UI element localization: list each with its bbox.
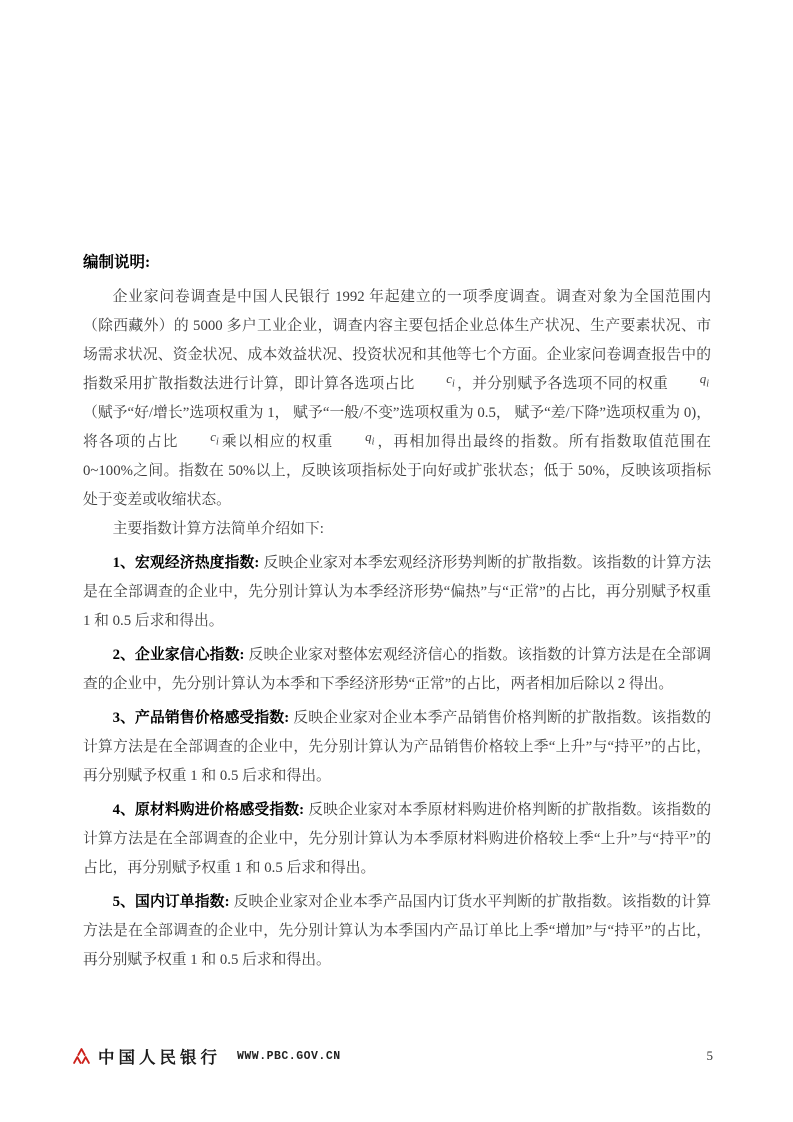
math-sub: i <box>372 437 375 448</box>
index-item-label: 2、企业家信心指数: <box>113 647 245 663</box>
index-item-4: 4、原材料购进价格感受指数:反映企业家对本季原材料购进价格判断的扩散指数。该指数… <box>83 796 711 883</box>
bank-name: 中国人民银行 <box>98 1044 221 1068</box>
index-item-label: 4、原材料购进价格感受指数: <box>113 802 305 818</box>
document-page: 编制说明: 企业家问卷调查是中国人民银行 1992 年起建立的一项季度调查。调查… <box>0 0 793 1122</box>
intro-text-segment: 乘以相应的权重 <box>221 434 334 450</box>
page-number: 5 <box>707 1048 714 1064</box>
index-item-2: 2、企业家信心指数:反映企业家对整体宏观经济信心的指数。该指数的计算方法是在全部… <box>83 641 711 699</box>
math-var-qi: qi <box>668 379 711 385</box>
document-body: 编制说明: 企业家问卷调查是中国人民银行 1992 年起建立的一项季度调查。调查… <box>83 252 711 975</box>
methods-intro: 主要指数计算方法简单介绍如下: <box>83 515 711 544</box>
pbc-logo-icon <box>72 1047 91 1066</box>
section-heading: 编制说明: <box>83 252 711 274</box>
website-url: WWW.PBC.GOV.CN <box>237 1050 341 1063</box>
math-var-ci: ci <box>179 437 221 443</box>
math-sub: i <box>706 379 709 390</box>
index-item-5: 5、国内订单指数:反映企业家对企业本季产品国内订货水平判断的扩散指数。该指数的计… <box>83 888 711 975</box>
index-item-label: 3、产品销售价格感受指数: <box>113 710 290 726</box>
index-item-3: 3、产品销售价格感受指数:反映企业家对企业本季产品销售价格判断的扩散指数。该指数… <box>83 704 711 791</box>
index-item-label: 5、国内订单指数: <box>113 894 230 910</box>
math-var-ci: ci <box>415 379 457 385</box>
math-var-qi: qi <box>333 437 376 443</box>
math-sub: i <box>216 437 219 448</box>
intro-paragraph: 企业家问卷调查是中国人民银行 1992 年起建立的一项季度调查。调查对象为全国范… <box>83 283 711 515</box>
math-sub: i <box>452 379 455 390</box>
index-item-1: 1、宏观经济热度指数:反映企业家对本季宏观经济形势判断的扩散指数。该指数的计算方… <box>83 549 711 636</box>
index-item-label: 1、宏观经济热度指数: <box>113 555 260 571</box>
page-footer: 中国人民银行 WWW.PBC.GOV.CN 5 <box>72 1044 713 1068</box>
intro-text-segment: ，并分别赋予各选项不同的权重 <box>457 376 668 392</box>
